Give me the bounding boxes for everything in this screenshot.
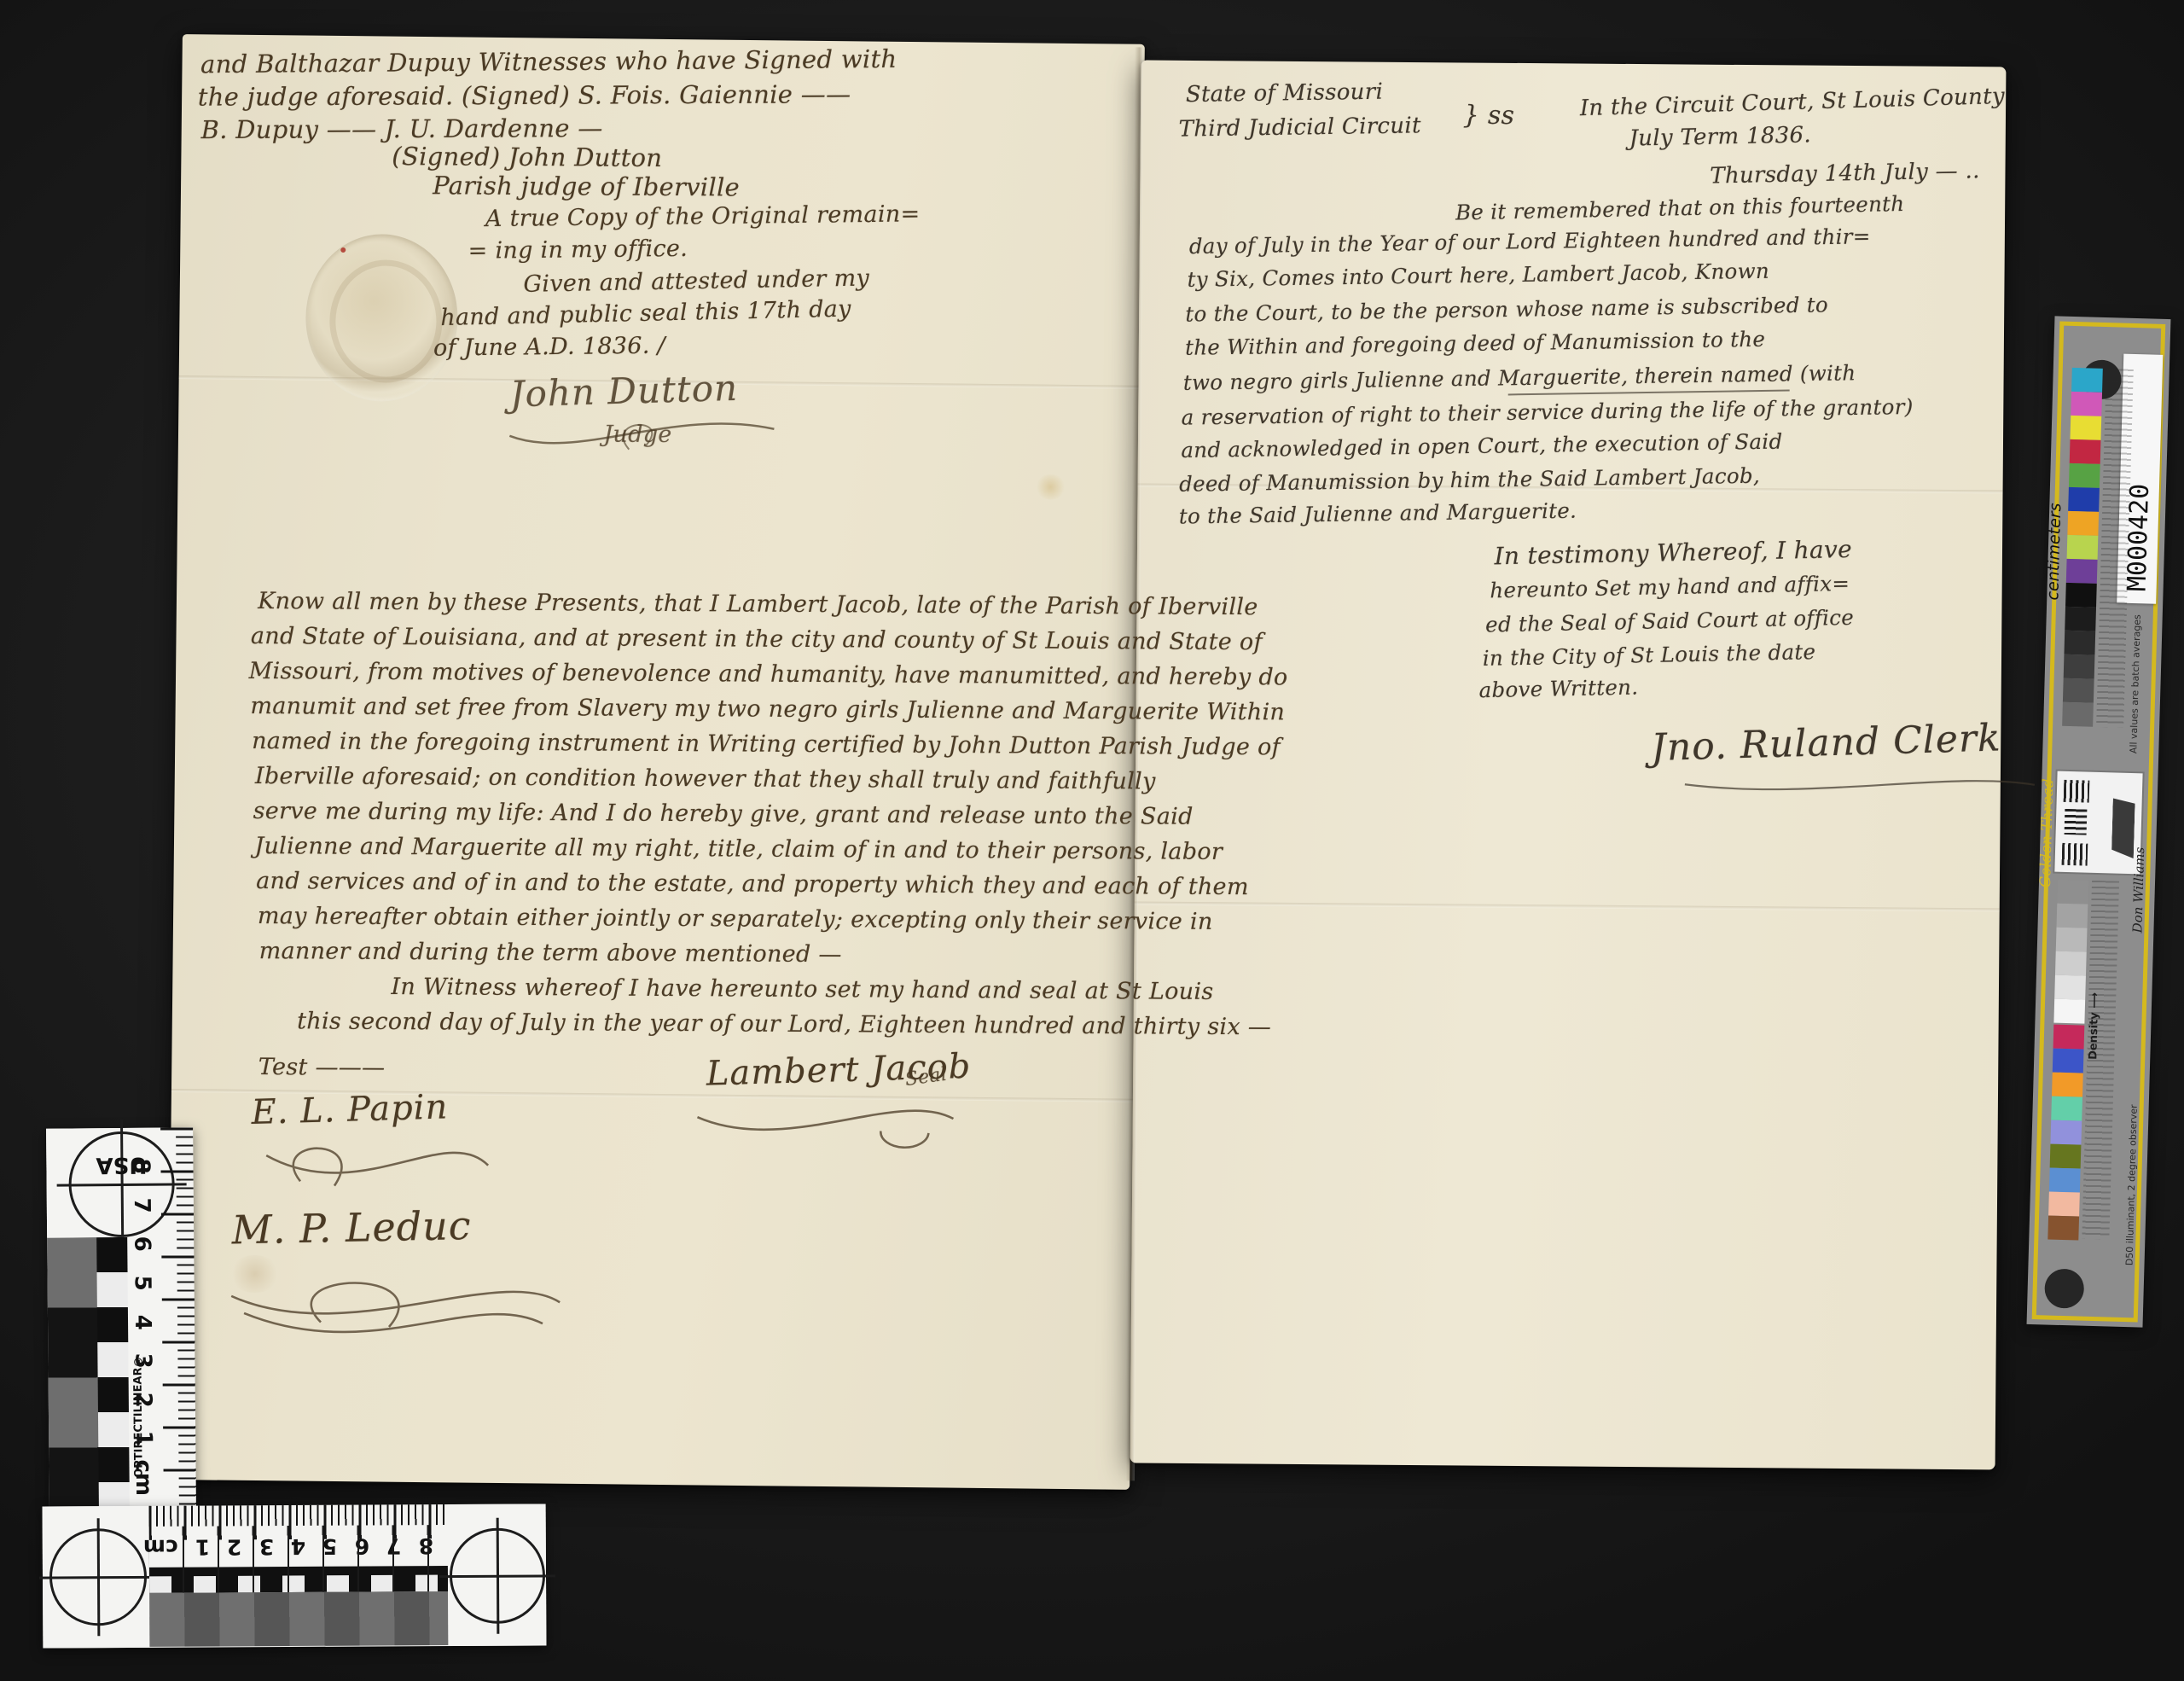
gray-patch bbox=[2063, 678, 2094, 703]
resolution-bars bbox=[2065, 809, 2088, 835]
manuscript-line: = ing in my office. bbox=[468, 236, 688, 265]
ruler-brand: OPTIRECTILINEAR® bbox=[131, 1290, 146, 1478]
crosshair-circle-icon bbox=[49, 1528, 148, 1626]
manuscript-line: manner and during the term above mention… bbox=[259, 938, 842, 968]
manuscript-line: Iberville aforesaid; on condition howeve… bbox=[255, 763, 1156, 794]
crosshair-target bbox=[43, 1506, 150, 1649]
crosshair-target bbox=[448, 1504, 547, 1646]
manuscript-line: B. Dupuy —— J. U. Dardenne — bbox=[200, 113, 602, 144]
color-patch bbox=[2071, 368, 2103, 393]
color-patch bbox=[2067, 511, 2099, 536]
gray-patches-dark bbox=[2062, 583, 2097, 727]
gray-patch bbox=[2054, 975, 2086, 1000]
manuscript-line: In Witness whereof I have hereunto set m… bbox=[391, 974, 1213, 1005]
gray-patch bbox=[2057, 904, 2088, 928]
color-patch bbox=[2052, 1073, 2083, 1097]
manuscript-line: of June A.D. 1836. / bbox=[433, 333, 665, 362]
paper-stain bbox=[229, 1255, 280, 1294]
manuscript-line: the judge aforesaid. (Signed) S. Fois. G… bbox=[198, 79, 851, 111]
color-calibration-strip: centimeters M000420 All values are batch… bbox=[2027, 316, 2171, 1327]
ruler-number: 7 bbox=[128, 1197, 154, 1213]
gray-patches-light bbox=[2053, 880, 2088, 1024]
caption-ss: } ss bbox=[1463, 101, 1515, 131]
archival-photo-stage: and Balthazar Dupuy Witnesses who have S… bbox=[0, 0, 2184, 1681]
court-line: Thursday 14th July — .. bbox=[1710, 158, 1980, 189]
photo-scale-vertical: USA 87654321cm OPTIRECTILINEAR® bbox=[46, 1127, 196, 1509]
gray-patch bbox=[2056, 928, 2088, 952]
manuscript-line: (Signed) John Dutton bbox=[392, 142, 662, 172]
judge-signature: John Dutton bbox=[509, 367, 739, 416]
registration-dot-bottom bbox=[2044, 1268, 2084, 1308]
color-patch bbox=[2066, 559, 2098, 584]
color-patch bbox=[2049, 1168, 2081, 1193]
checker-band bbox=[149, 1591, 448, 1647]
paper-stain bbox=[1035, 474, 1066, 500]
crosshair-circle-icon bbox=[450, 1527, 546, 1624]
color-patch bbox=[2050, 1144, 2082, 1169]
judge-signature-title: Judge bbox=[603, 422, 671, 448]
manuscript-line: and Balthazar Dupuy Witnesses who have S… bbox=[200, 44, 897, 79]
gray-patch bbox=[2065, 607, 2096, 631]
gray-patch bbox=[2065, 583, 2097, 608]
color-patch bbox=[2047, 1216, 2079, 1241]
color-patch bbox=[2051, 1096, 2082, 1121]
color-patch bbox=[2053, 1025, 2085, 1050]
gray-patch bbox=[2064, 631, 2095, 655]
color-patch bbox=[2050, 1120, 2082, 1145]
centimeters-label: centimeters bbox=[2043, 365, 2069, 601]
gray-patch bbox=[2055, 951, 2087, 976]
color-patch bbox=[2071, 392, 2102, 416]
color-patch bbox=[2048, 1192, 2080, 1217]
resolution-bars bbox=[2064, 780, 2090, 803]
manuscript-sheet: and Balthazar Dupuy Witnesses who have S… bbox=[171, 32, 2007, 1499]
test-label: Test ——— bbox=[258, 1054, 386, 1081]
gray-patch bbox=[2057, 880, 2088, 904]
color-patches-top bbox=[2066, 368, 2103, 584]
ruler-number: 8 bbox=[128, 1159, 154, 1174]
color-patch bbox=[2053, 1049, 2084, 1073]
testimony-line: above Written. bbox=[1478, 674, 1638, 702]
witness-signature: E. L. Papin bbox=[251, 1087, 449, 1132]
color-patch bbox=[2070, 439, 2101, 464]
color-patch bbox=[2069, 463, 2100, 488]
ruler-number: 5 bbox=[129, 1275, 154, 1290]
gray-patch bbox=[2062, 702, 2094, 727]
court-line: July Term 1836. bbox=[1629, 122, 1811, 151]
resolution-target bbox=[2054, 771, 2142, 875]
ruler-ticks-major bbox=[160, 1127, 196, 1508]
illuminant-note: D50 illuminant, 2 degree observer bbox=[2123, 1069, 2140, 1265]
ruler-number: 6 bbox=[129, 1236, 154, 1252]
cell-dividers bbox=[149, 1525, 448, 1593]
embossed-notary-seal bbox=[305, 234, 458, 403]
color-patches-bottom bbox=[2047, 1025, 2084, 1241]
manuscript-line: A true Copy of the Original remain= bbox=[485, 201, 921, 232]
color-patch bbox=[2067, 535, 2099, 560]
gray-patch bbox=[2064, 654, 2095, 679]
caption-line: State of Missouri bbox=[1186, 79, 1384, 108]
gray-patch bbox=[2053, 999, 2085, 1024]
fold-crease bbox=[1135, 901, 2000, 911]
photo-scale-horizontal: cm12345678 bbox=[43, 1504, 547, 1648]
patch-value-table bbox=[2096, 369, 2134, 728]
caption-line: Third Judicial Circuit bbox=[1178, 113, 1421, 142]
resolution-bars bbox=[2062, 843, 2088, 866]
color-patch bbox=[2070, 416, 2101, 440]
color-patch bbox=[2068, 487, 2100, 512]
manuscript-line: Parish judge of Iberville bbox=[433, 171, 740, 201]
witness-signature: M. P. Leduc bbox=[231, 1202, 472, 1253]
